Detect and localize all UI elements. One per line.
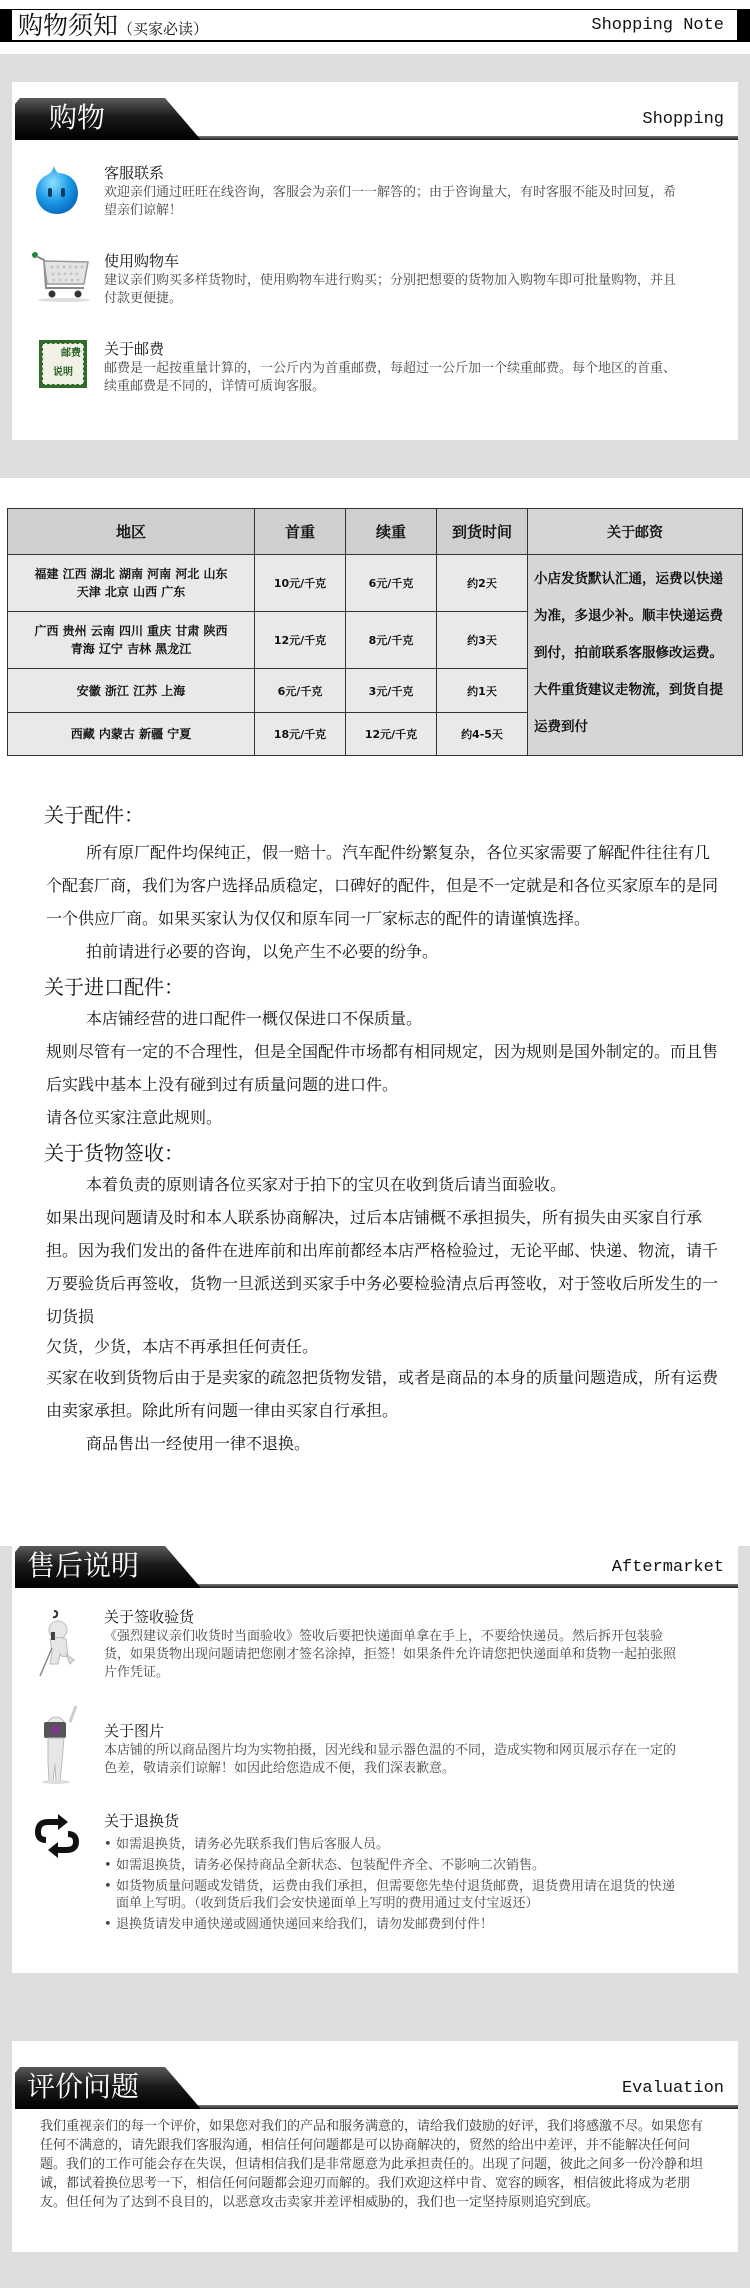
cell-delivery-time: 约3天 — [437, 612, 528, 669]
header-extra-weight: 续重 — [346, 509, 437, 555]
info-title: 关于邮费 — [104, 338, 678, 360]
cell-extra-weight: 8元/千克 — [346, 612, 437, 669]
notices-section: 关于配件： 所有原厂配件均保纯正，假一赔十。汽车配件纷繁复杂，各位买家需要了解配… — [0, 756, 750, 1460]
section-english-label: Evaluation — [622, 2079, 724, 2098]
info-title: 关于退换货 — [104, 1810, 678, 1832]
cell-delivery-time: 约1天 — [437, 669, 528, 713]
bullet-item: 如需退换货，请务必保持商品全新状态、包装配件齐全、不影响二次销售。 — [104, 1857, 678, 1874]
aftermarket-card: 售后说明 Aftermarket 关于签收验货 《强烈建议亲们收货时当面验收》签… — [12, 1546, 738, 1973]
info-item-shopping-cart: 使用购物车 建议亲们购买多样货物时，使用购物车进行购买；分别把想要的货物加入购物… — [12, 250, 738, 308]
cell-extra-weight: 3元/千克 — [346, 669, 437, 713]
section-tab-label: 售后说明 — [27, 1549, 139, 1583]
evaluation-panel: 评价问题 Evaluation 我们重视亲们的每一个评价，如果您对我们的产品和服… — [0, 2007, 750, 2288]
page-header: 购物须知（买家必读） Shopping Note — [0, 9, 750, 42]
figure-phone-icon — [32, 1608, 84, 1678]
shopping-card: 购物 Shopping 客服联系 欢迎亲们通过旺旺在线咨询，客服会为亲们一一解答… — [12, 82, 738, 440]
evaluation-text: 我们重视亲们的每一个评价，如果您对我们的产品和服务满意的，请给我们鼓励的好评，我… — [12, 2109, 738, 2212]
notice-paragraph: 本店铺经营的进口配件一概仅保进口不保质量。 — [46, 1002, 720, 1035]
notice-paragraph: 商品售出一经使用一律不退换。 — [46, 1427, 720, 1460]
info-item-pictures: 关于图片 本店铺的所以商品图片均为实物拍摄，因光线和显示器色温的不同，造成实物和… — [12, 1702, 738, 1784]
notice-paragraph: 请各位买家注意此规则。 — [46, 1101, 720, 1134]
notice-paragraph: 所有原厂配件均保纯正，假一赔十。汽车配件纷繁复杂，各位买家需要了解配件往往有几个… — [46, 836, 720, 935]
notice-heading-imported: 关于进口配件： — [44, 972, 720, 1002]
page-title: 购物须知（买家必读） — [18, 12, 208, 43]
info-item-customer-service: 客服联系 欢迎亲们通过旺旺在线咨询，客服会为亲们一一解答的；由于咨询量大，有时客… — [12, 162, 738, 220]
evaluation-card: 评价问题 Evaluation 我们重视亲们的每一个评价，如果您对我们的产品和服… — [12, 2041, 738, 2252]
info-title: 使用购物车 — [104, 250, 678, 272]
page-title-sub: （买家必读） — [118, 20, 208, 38]
returns-bullet-list: 如需退换货，请务必先联系我们售后客服人员。 如需退换货，请务必保持商品全新状态、… — [104, 1836, 678, 1933]
info-title: 客服联系 — [104, 162, 678, 184]
header-postage-note: 关于邮资 — [528, 509, 743, 555]
cell-extra-weight: 6元/千克 — [346, 555, 437, 612]
notice-heading-receipt: 关于货物签收： — [44, 1138, 720, 1168]
cell-extra-weight: 12元/千克 — [346, 713, 437, 756]
page-title-english: Shopping Note — [591, 16, 724, 35]
postage-stamp-icon: 邮费 说明 — [39, 340, 87, 388]
info-text: 本店铺的所以商品图片均为实物拍摄，因光线和显示器色温的不同，造成实物和网页展示存… — [104, 1742, 678, 1778]
info-item-returns: 关于退换货 如需退换货，请务必先联系我们售后客服人员。 如需退换货，请务必保持商… — [12, 1810, 738, 1933]
notice-paragraph: 规则尽管有一定的不合理性，但是全国配件市场都有相同规定，因为规则是国外制定的。而… — [46, 1035, 720, 1101]
section-english-label: Shopping — [642, 110, 724, 129]
section-tab-label: 评价问题 — [27, 2070, 139, 2104]
table-row: 福建 江西 湖北 湖南 河南 河北 山东 天津 北京 山西 广东 10元/千克 … — [8, 555, 743, 612]
header-first-weight: 首重 — [255, 509, 346, 555]
aftermarket-section-header: 售后说明 Aftermarket — [15, 1546, 738, 1588]
notice-heading-parts: 关于配件： — [44, 800, 720, 830]
info-item-postage: 邮费 说明 关于邮费 邮费是一起按重量计算的，一公斤内为首重邮费，每超过一公斤加… — [12, 338, 738, 396]
cell-first-weight: 6元/千克 — [255, 669, 346, 713]
aftermarket-panel: 售后说明 Aftermarket 关于签收验货 《强烈建议亲们收货时当面验收》签… — [0, 1518, 750, 2007]
shipping-table-wrapper: 地区 首重 续重 到货时间 关于邮资 福建 江西 湖北 湖南 河南 河北 山东 … — [0, 478, 750, 756]
cell-first-weight: 10元/千克 — [255, 555, 346, 612]
info-title: 关于图片 — [104, 1720, 678, 1742]
bullet-item: 如货物质量问题或发错货，运费由我们承担，但需要您先垫付退货邮费，退货费用请在退货… — [104, 1878, 678, 1912]
cell-region: 西藏 内蒙古 新疆 宁夏 — [8, 713, 255, 756]
info-text: 邮费是一起按重量计算的，一公斤内为首重邮费，每超过一公斤加一个续重邮费。每个地区… — [104, 360, 678, 396]
info-text: 建议亲们购买多样货物时，使用购物车进行购买；分别把想要的货物加入购物车即可批量购… — [104, 272, 678, 308]
shipping-table: 地区 首重 续重 到货时间 关于邮资 福建 江西 湖北 湖南 河南 河北 山东 … — [7, 508, 743, 756]
page-title-main: 购物须知 — [18, 11, 118, 40]
stamp-text-top: 邮费 — [43, 344, 83, 363]
exchange-arrows-icon — [32, 1812, 84, 1864]
shopping-panel: 购物 Shopping 客服联系 欢迎亲们通过旺旺在线咨询，客服会为亲们一一解答… — [0, 54, 750, 478]
info-title: 关于签收验货 — [104, 1606, 678, 1628]
cell-region: 广西 贵州 云南 四川 重庆 甘肃 陕西 青海 辽宁 吉林 黑龙江 — [8, 612, 255, 669]
header-delivery-time: 到货时间 — [437, 509, 528, 555]
info-text: 欢迎亲们通过旺旺在线咨询，客服会为亲们一一解答的；由于咨询量大，有时客服不能及时… — [104, 184, 678, 220]
cell-delivery-time: 约4-5天 — [437, 713, 528, 756]
notice-paragraph: 拍前请进行必要的咨询，以免产生不必要的纷争。 — [46, 935, 720, 968]
header-region: 地区 — [8, 509, 255, 555]
notice-paragraph: 欠货，少货，本店不再承担任何责任。 — [46, 1333, 720, 1361]
section-tab — [15, 98, 201, 140]
evaluation-section-header: 评价问题 Evaluation — [15, 2067, 738, 2109]
cell-region: 福建 江西 湖北 湖南 河南 河北 山东 天津 北京 山西 广东 — [8, 555, 255, 612]
stamp-text-bottom: 说明 — [43, 363, 83, 382]
section-english-label: Aftermarket — [612, 1558, 724, 1577]
notice-paragraph: 本着负责的原则请各位买家对于拍下的宝贝在收到货后请当面验收。 — [46, 1168, 720, 1201]
cell-first-weight: 18元/千克 — [255, 713, 346, 756]
section-tab-label: 购物 — [49, 101, 105, 135]
info-text: 《强烈建议亲们收货时当面验收》签收后要把快递面单拿在手上，不要给快递员。然后拆开… — [104, 1628, 678, 1682]
bullet-item: 退换货请发申通快递或圆通快递回来给我们，请勿发邮费到付件！ — [104, 1916, 678, 1933]
cell-postage-note: 小店发货默认汇通，运费以快递为准，多退少补。顺丰快递运费到付，拍前联系客服修改运… — [528, 555, 743, 756]
table-header-row: 地区 首重 续重 到货时间 关于邮资 — [8, 509, 743, 555]
info-item-inspection: 关于签收验货 《强烈建议亲们收货时当面验收》签收后要把快递面单拿在手上，不要给快… — [12, 1606, 738, 1682]
cell-region: 安徽 浙江 江苏 上海 — [8, 669, 255, 713]
cell-delivery-time: 约2天 — [437, 555, 528, 612]
notice-paragraph: 如果出现问题请及时和本人联系协商解决，过后本店铺概不承担损失，所有损失由买家自行… — [46, 1201, 720, 1333]
bullet-item: 如需退换货，请务必先联系我们售后客服人员。 — [104, 1836, 678, 1853]
figure-camera-icon — [32, 1704, 84, 1784]
notice-paragraph: 买家在收到货物后由于是卖家的疏忽把货物发错，或者是商品的本身的质量问题造成，所有… — [46, 1361, 720, 1427]
shopping-section-header: 购物 Shopping — [15, 98, 738, 140]
cell-first-weight: 12元/千克 — [255, 612, 346, 669]
chat-bubble-icon — [32, 164, 84, 216]
shopping-cart-icon — [32, 252, 92, 304]
